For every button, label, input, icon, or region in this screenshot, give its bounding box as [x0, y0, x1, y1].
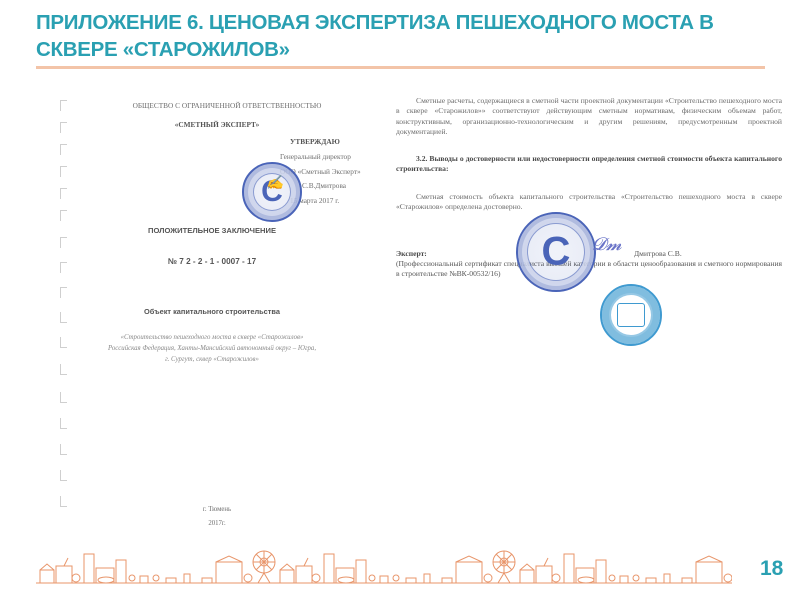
binder-hole-mark [60, 122, 67, 133]
conclusion-findings-page-scan: Сметные расчеты, содержащиеся в сметной … [396, 92, 782, 352]
expert-label: Эксперт: [396, 249, 427, 258]
object-line3: г. Сургут, сквер «Старожилов» [165, 356, 259, 363]
binder-hole-mark [60, 188, 67, 199]
slide-title-line2: СКВЕРЕ «СТАРОЖИЛОВ» [36, 36, 756, 63]
page-number: 18 [760, 557, 783, 581]
expert-seal-icon [600, 284, 662, 346]
director-title: Генеральный директор [280, 152, 351, 161]
estimate-compliance-paragraph: Сметные расчеты, содержащиеся в сметной … [396, 96, 782, 137]
binder-hole-mark [60, 237, 67, 248]
conclusion-number: № 7 2 - 2 - 1 - 0007 - 17 [168, 257, 256, 266]
conclusion-title: ПОЛОЖИТЕЛЬНОЕ ЗАКЛЮЧЕНИЕ [148, 226, 276, 235]
slide-title-line1: ПРИЛОЖЕНИЕ 6. ЦЕНОВАЯ ЭКСПЕРТИЗА ПЕШЕХОД… [36, 9, 756, 36]
expert-name: Дмитрова С.В. [634, 249, 682, 258]
signature-icon: ✍ [266, 175, 283, 192]
director-name: С.В.Дмитрова [302, 181, 346, 190]
binder-hole-mark [60, 392, 67, 403]
binder-hole-mark [60, 470, 67, 481]
binder-hole-mark [60, 144, 67, 155]
company-seal-icon: C [516, 212, 596, 292]
org-name: «СМЕТНЫЙ ЭКСПЕРТ» [175, 120, 260, 129]
company-seal-icon: C [242, 162, 302, 222]
title-divider [36, 66, 765, 69]
signature-icon: 𝓓𝓶 [592, 234, 622, 255]
city-skyline-icon [36, 548, 732, 584]
approve-label: УТВЕРЖДАЮ [290, 137, 340, 146]
conclusion-title-page-scan: ОБЩЕСТВО С ОГРАНИЧЕННОЙ ОТВЕТСТВЕННОСТЬЮ… [52, 92, 382, 542]
binder-hole-mark [60, 418, 67, 429]
binder-hole-mark [60, 262, 67, 273]
city: г. Тюмень [203, 506, 231, 513]
org-line: ОБЩЕСТВО С ОГРАНИЧЕННОЙ ОТВЕТСТВЕННОСТЬЮ [133, 101, 322, 110]
binder-hole-mark [60, 287, 67, 298]
binder-hole-mark [60, 337, 67, 348]
slide-title: ПРИЛОЖЕНИЕ 6. ЦЕНОВАЯ ЭКСПЕРТИЗА ПЕШЕХОД… [36, 9, 756, 63]
binder-hole-mark [60, 312, 67, 323]
binder-hole-mark [60, 496, 67, 507]
binder-hole-mark [60, 166, 67, 177]
object-line1: «Строительство пешеходного моста в сквер… [121, 334, 304, 341]
binder-hole-mark [60, 364, 67, 375]
cost-reliability-paragraph: Сметная стоимость объекта капитального с… [396, 192, 782, 213]
binder-hole-mark [60, 210, 67, 221]
binder-hole-mark [60, 444, 67, 455]
object-heading: Объект капитального строительства [144, 307, 280, 316]
object-line2: Российская Федерация, Ханты-Мансийский а… [108, 345, 316, 352]
binder-hole-mark [60, 100, 67, 111]
year: 2017г. [208, 520, 225, 527]
section-heading: 3.2. Выводы о достоверности или недостов… [396, 154, 782, 175]
